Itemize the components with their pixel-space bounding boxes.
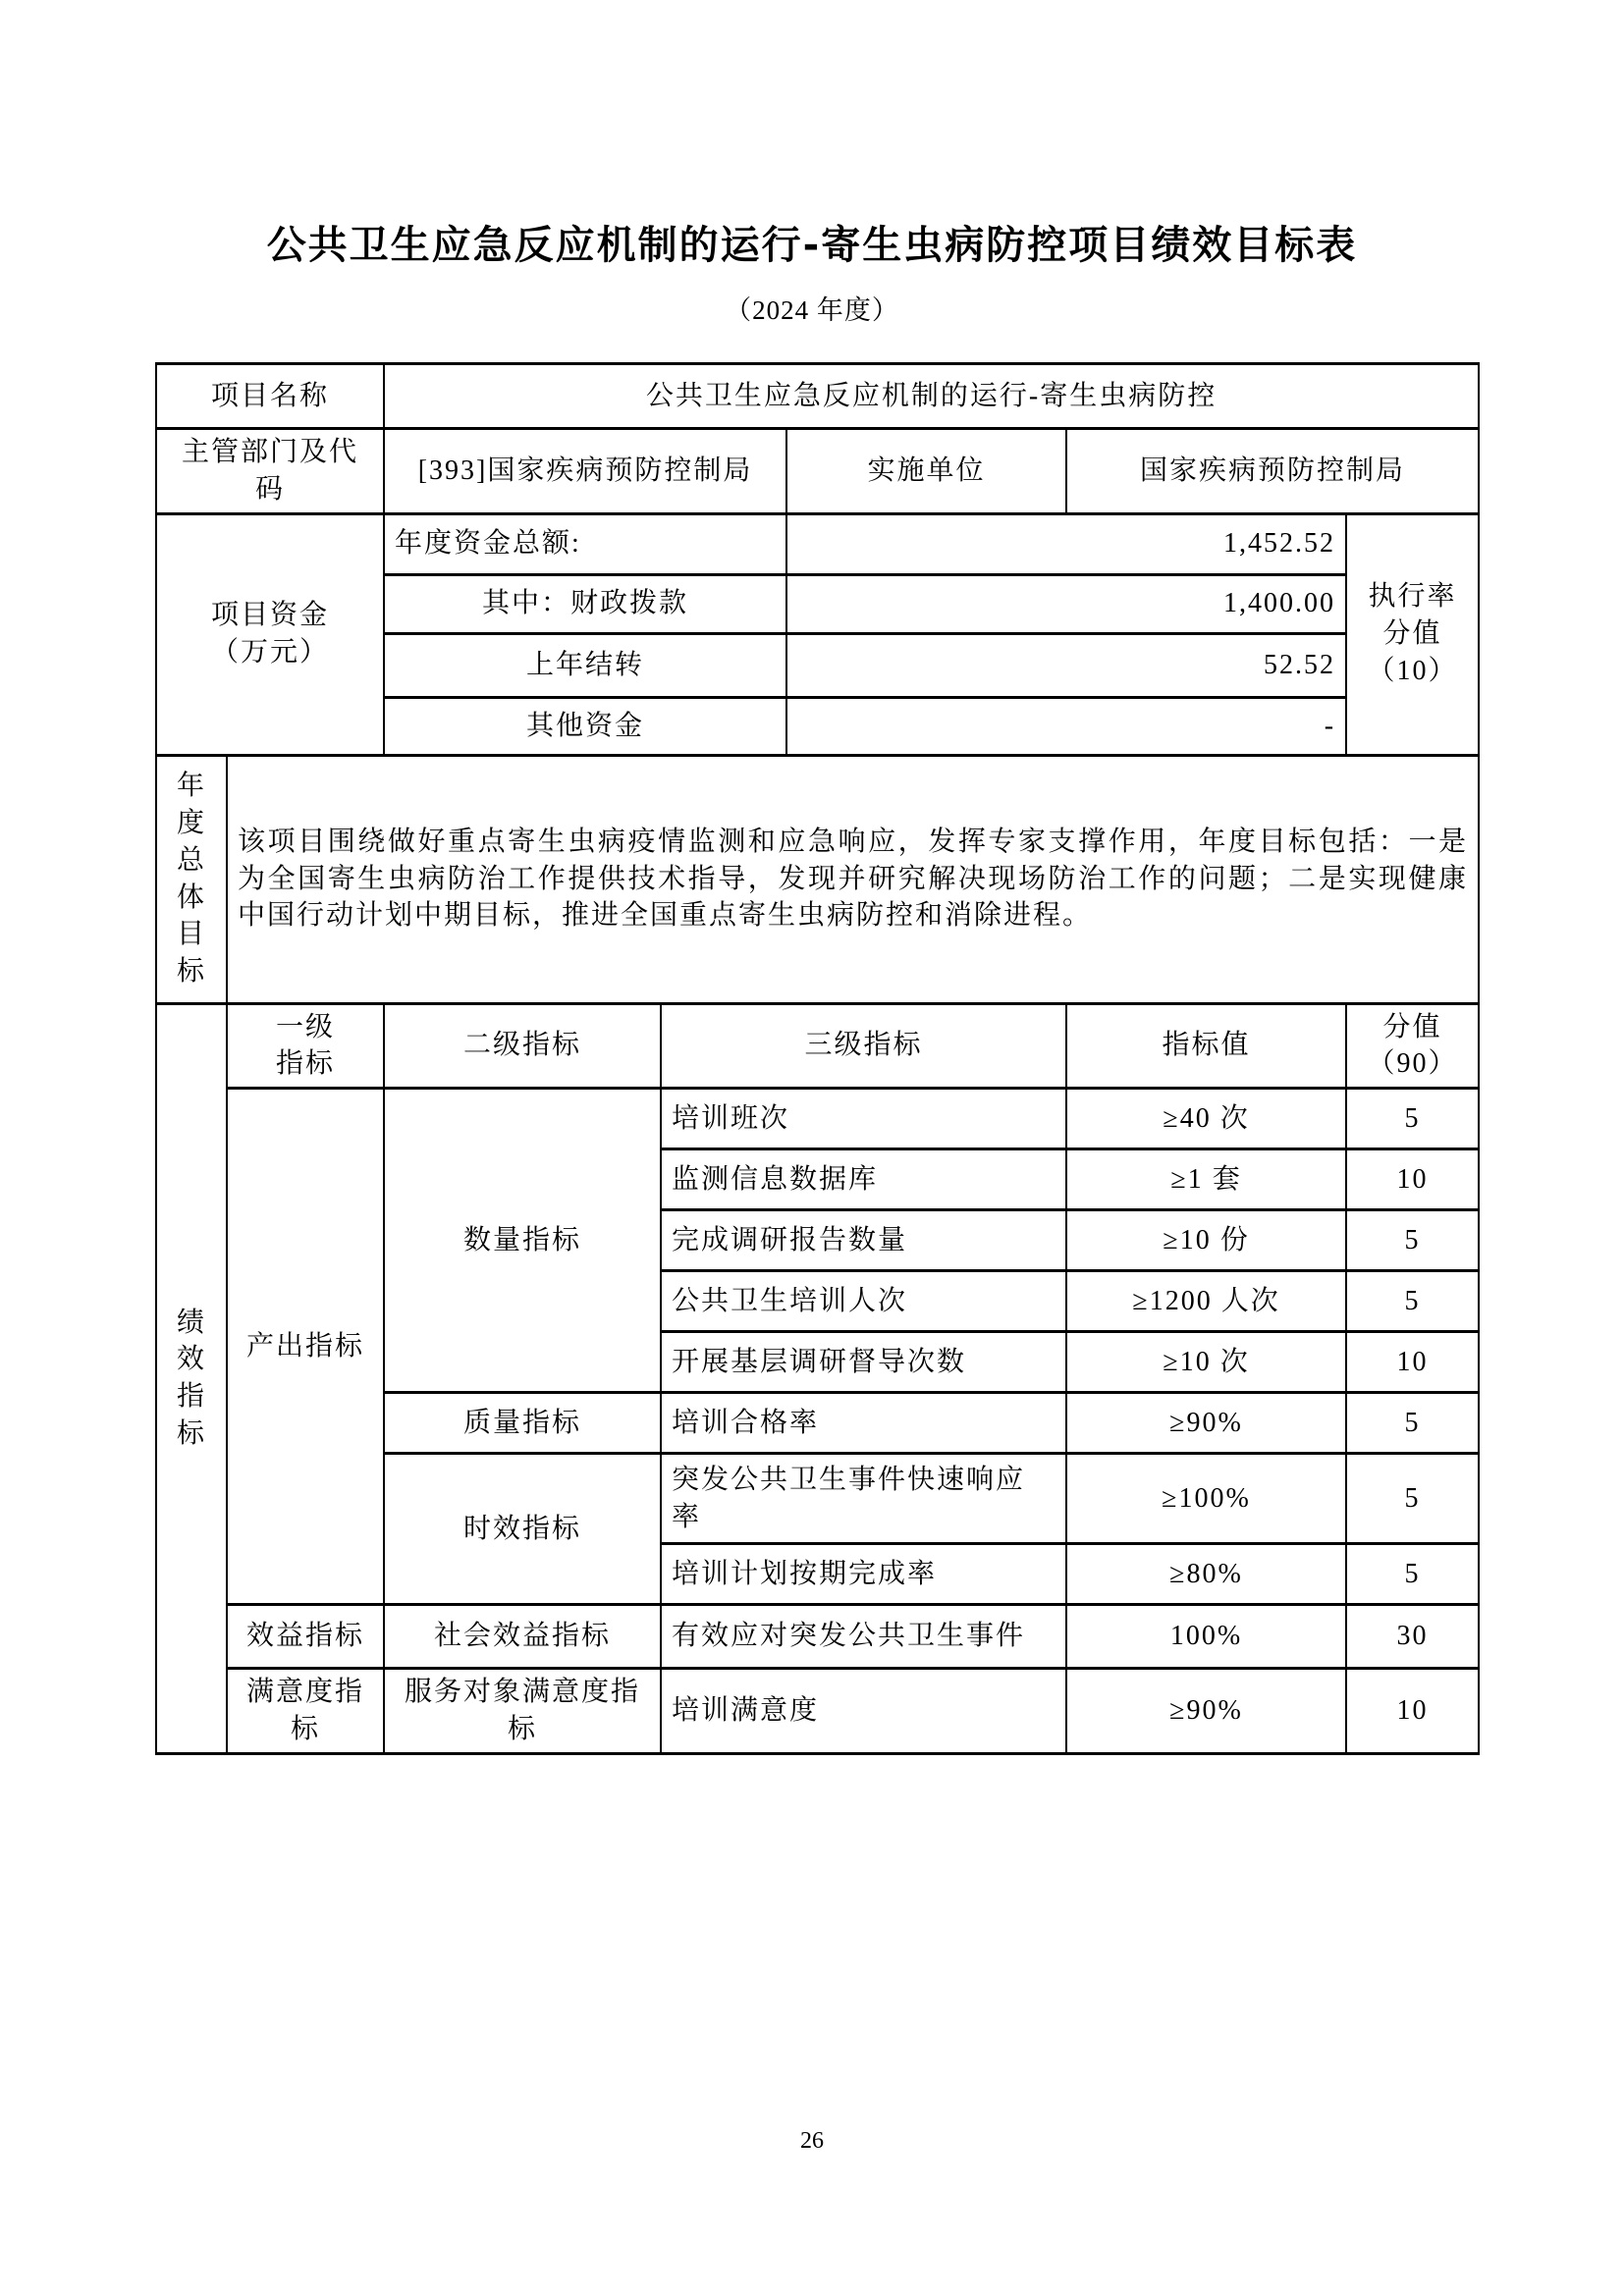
indicator-value: ≥90% bbox=[1066, 1393, 1346, 1454]
indicator-name: 监测信息数据库 bbox=[661, 1149, 1066, 1210]
indicator-score: 5 bbox=[1346, 1454, 1479, 1544]
implementing-unit-label: 实施单位 bbox=[786, 429, 1066, 514]
level1-output: 产出指标 bbox=[227, 1089, 384, 1605]
indicator-value: ≥10 次 bbox=[1066, 1332, 1346, 1393]
project-name-label: 项目名称 bbox=[156, 364, 384, 429]
document-page: 公共卫生应急反应机制的运行-寄生虫病防控项目绩效目标表 （2024 年度） 项目… bbox=[0, 0, 1624, 2296]
department-label: 主管部门及代 码 bbox=[156, 429, 384, 514]
funding-other-label: 其他资金 bbox=[384, 697, 786, 755]
indicator-value: 100% bbox=[1066, 1605, 1346, 1669]
funding-carryover-value: 52.52 bbox=[786, 633, 1346, 697]
level2-timeliness: 时效指标 bbox=[384, 1454, 661, 1605]
indicator-value: ≥80% bbox=[1066, 1544, 1346, 1605]
annual-goal-text: 该项目围绕做好重点寄生虫病疫情监测和应急响应，发挥专家支撑作用，年度目标包括：一… bbox=[227, 755, 1479, 1003]
funding-total-label: 年度资金总额: bbox=[384, 513, 786, 574]
project-name-value: 公共卫生应急反应机制的运行-寄生虫病防控 bbox=[384, 364, 1479, 429]
project-name-row: 项目名称 公共卫生应急反应机制的运行-寄生虫病防控 bbox=[156, 364, 1479, 429]
level2-quantity: 数量指标 bbox=[384, 1089, 661, 1393]
performance-target-table: 项目名称 公共卫生应急反应机制的运行-寄生虫病防控 主管部门及代 码 [393]… bbox=[155, 362, 1480, 1755]
indicator-name: 完成调研报告数量 bbox=[661, 1210, 1066, 1271]
annual-goal-row: 年 度 总 体 目 标 该项目围绕做好重点寄生虫病疫情监测和应急响应，发挥专家支… bbox=[156, 755, 1479, 1003]
indicator-value: ≥90% bbox=[1066, 1669, 1346, 1754]
indicator-name: 培训计划按期完成率 bbox=[661, 1544, 1066, 1605]
funding-fiscal-label: 其中：财政拨款 bbox=[384, 574, 786, 633]
indicator-name: 有效应对突发公共卫生事件 bbox=[661, 1605, 1066, 1669]
indicator-name: 公共卫生培训人次 bbox=[661, 1271, 1066, 1332]
funding-carryover-label: 上年结转 bbox=[384, 633, 786, 697]
header-score: 分值 （90） bbox=[1346, 1003, 1479, 1089]
indicator-name: 培训班次 bbox=[661, 1089, 1066, 1149]
indicator-score: 5 bbox=[1346, 1271, 1479, 1332]
department-value: [393]国家疾病预防控制局 bbox=[384, 429, 786, 514]
indicator-name: 培训合格率 bbox=[661, 1393, 1066, 1454]
level1-benefit: 效益指标 bbox=[227, 1605, 384, 1669]
indicator-score: 30 bbox=[1346, 1605, 1479, 1669]
level2-quality: 质量指标 bbox=[384, 1393, 661, 1454]
document-title: 公共卫生应急反应机制的运行-寄生虫病防控项目绩效目标表 bbox=[0, 0, 1624, 267]
indicator-score: 5 bbox=[1346, 1210, 1479, 1271]
header-value: 指标值 bbox=[1066, 1003, 1346, 1089]
indicator-value: ≥10 份 bbox=[1066, 1210, 1346, 1271]
header-level2: 二级指标 bbox=[384, 1003, 661, 1089]
indicator-value: ≥40 次 bbox=[1066, 1089, 1346, 1149]
level2-service-satisfaction: 服务对象满意度指 标 bbox=[384, 1669, 661, 1754]
execution-rate-score-label: 执行率 分值（10） bbox=[1346, 513, 1479, 755]
indicator-score: 10 bbox=[1346, 1332, 1479, 1393]
funding-row-total: 项目资金 （万元） 年度资金总额: 1,452.52 执行率 分值（10） bbox=[156, 513, 1479, 574]
indicator-header-row: 绩 效 指 标 一级 指标 二级指标 三级指标 指标值 分值 （90） bbox=[156, 1003, 1479, 1089]
indicator-value: ≥1200 人次 bbox=[1066, 1271, 1346, 1332]
funding-total-value: 1,452.52 bbox=[786, 513, 1346, 574]
indicator-value: ≥100% bbox=[1066, 1454, 1346, 1544]
indicator-row: 效益指标 社会效益指标 有效应对突发公共卫生事件 100% 30 bbox=[156, 1605, 1479, 1669]
header-level1: 一级 指标 bbox=[227, 1003, 384, 1089]
indicator-score: 5 bbox=[1346, 1393, 1479, 1454]
funding-label: 项目资金 （万元） bbox=[156, 513, 384, 755]
indicator-name: 培训满意度 bbox=[661, 1669, 1066, 1754]
implementing-unit-value: 国家疾病预防控制局 bbox=[1066, 429, 1479, 514]
indicator-group-label: 绩 效 指 标 bbox=[156, 1003, 227, 1753]
indicator-name: 突发公共卫生事件快速响应 率 bbox=[661, 1454, 1066, 1544]
indicator-score: 10 bbox=[1346, 1149, 1479, 1210]
level2-social-benefit: 社会效益指标 bbox=[384, 1605, 661, 1669]
funding-other-value: - bbox=[786, 697, 1346, 755]
header-level3: 三级指标 bbox=[661, 1003, 1066, 1089]
indicator-score: 5 bbox=[1346, 1544, 1479, 1605]
indicator-score: 5 bbox=[1346, 1089, 1479, 1149]
indicator-row: 满意度指 标 服务对象满意度指 标 培训满意度 ≥90% 10 bbox=[156, 1669, 1479, 1754]
annual-goal-label: 年 度 总 体 目 标 bbox=[156, 755, 227, 1003]
level1-satisfaction: 满意度指 标 bbox=[227, 1669, 384, 1754]
indicator-name: 开展基层调研督导次数 bbox=[661, 1332, 1066, 1393]
page-number: 26 bbox=[0, 2128, 1624, 2155]
indicator-score: 10 bbox=[1346, 1669, 1479, 1754]
indicator-value: ≥1 套 bbox=[1066, 1149, 1346, 1210]
indicator-row: 产出指标 数量指标 培训班次 ≥40 次 5 bbox=[156, 1089, 1479, 1149]
department-row: 主管部门及代 码 [393]国家疾病预防控制局 实施单位 国家疾病预防控制局 bbox=[156, 429, 1479, 514]
funding-fiscal-value: 1,400.00 bbox=[786, 574, 1346, 633]
document-subtitle: （2024 年度） bbox=[0, 289, 1624, 327]
